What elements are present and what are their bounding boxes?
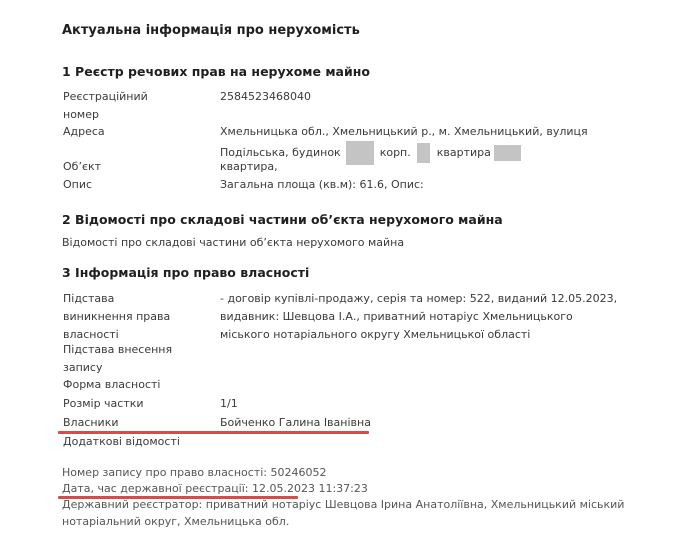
document-title: Актуальна інформація про нерухомість [62,23,360,38]
field-label: Опис [63,176,203,194]
footer-record-number: Номер запису про право власності: 502460… [62,465,652,482]
section-3-title: 3 Інформація про право власності [62,265,309,280]
field-value: Бойченко Галина Іванівна [220,414,650,432]
footer-registrar: Державний реєстратор: приватний нотаріус… [62,497,652,530]
section-2-title: 2 Відомості про складові частини об’єкта… [62,212,503,227]
section-1-title: 1 Реєстр речових прав на нерухоме майно [62,64,370,79]
field-value: 2584523468040 [220,88,650,106]
field-label: Розмір частки [63,395,203,413]
field-value: квартира, [220,158,650,176]
field-value: Загальна площа (кв.м): 61.6, Опис: [220,176,650,194]
field-label: Реєстраційний номер [63,88,163,124]
field-value: - договір купівлі-продажу, серія та номе… [220,290,620,344]
field-label: Об’єкт [63,158,203,176]
field-label: Форма власності [63,376,203,394]
field-label: Підстава внесення запису [63,341,178,377]
field-label: Додаткові відомості [63,433,203,451]
field-label: Власники [63,414,203,432]
section-2-text: Відомості про складові частини об’єкта н… [62,234,404,252]
field-label: Адреса [63,123,203,141]
field-value: 1/1 [220,395,650,413]
field-label: Підстава виникнення права власності [63,290,178,344]
address-line-1: Хмельницька обл., Хмельницький р., м. Хм… [220,123,650,141]
